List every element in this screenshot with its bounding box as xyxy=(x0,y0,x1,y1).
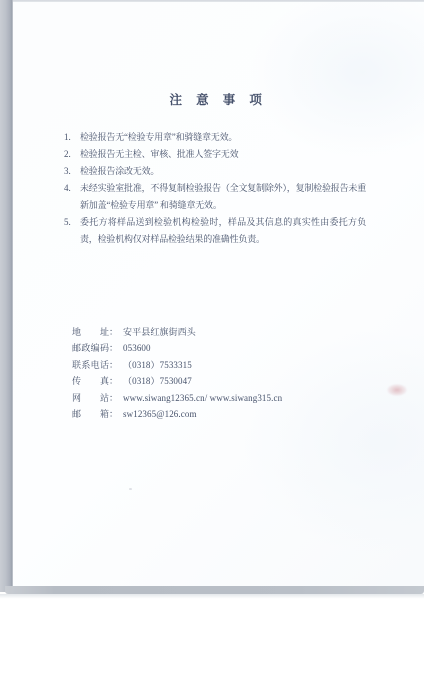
item-text: 未经实验室批准，不得复制检验报告（全文复制除外），复制检验报告未重新加盖“检验专… xyxy=(80,183,366,210)
notes-list: 1. 检验报告无“检验专用章”和骑缝章无效。 2. 检验报告无主检、审核、批准人… xyxy=(64,129,366,248)
scan-artifact-red xyxy=(387,384,407,396)
contact-value: （0318）7533315 xyxy=(123,357,192,373)
contact-label: 网站 xyxy=(72,390,109,406)
contact-label: 地址 xyxy=(72,324,109,340)
contact-label: 传真 xyxy=(72,373,109,389)
contact-colon: ： xyxy=(109,357,118,373)
item-text: 委托方将样品送到检验机构检验时，样品及其信息的真实性由委托方负责，检验机构仅对样… xyxy=(80,217,366,244)
item-text: 检验报告涂改无效。 xyxy=(80,166,159,176)
contact-row-website: 网站： www.siwang12365.cn/ www.siwang315.cn xyxy=(72,390,282,406)
contact-value-email: sw12365@126.com xyxy=(123,406,197,422)
page-bottom-edge xyxy=(5,586,424,594)
contact-block: 地址： 安平县红旗街西头 邮政编码： 053600 联系电话： （0318）75… xyxy=(72,324,282,422)
item-number: 3. xyxy=(64,163,71,180)
item-number: 1. xyxy=(64,129,71,146)
item-number: 4. xyxy=(64,180,71,197)
list-item: 3. 检验报告涂改无效。 xyxy=(64,163,366,180)
scan-artifact-dot xyxy=(129,488,132,490)
contact-colon: ： xyxy=(109,406,118,422)
item-text: 检验报告无“检验专用章”和骑缝章无效。 xyxy=(80,132,237,142)
item-number: 5. xyxy=(64,214,71,231)
contact-label: 联系电话 xyxy=(72,357,109,373)
scanned-document-page: 注 意 事 项 1. 检验报告无“检验专用章”和骑缝章无效。 2. 检验报告无主… xyxy=(0,0,424,700)
contact-value: 安平县红旗街西头 xyxy=(123,324,196,340)
paper-sheet: 注 意 事 项 1. 检验报告无“检验专用章”和骑缝章无效。 2. 检验报告无主… xyxy=(13,2,424,588)
item-number: 2. xyxy=(64,146,71,163)
contact-row-phone: 联系电话： （0318）7533315 xyxy=(72,357,282,373)
contact-colon: ： xyxy=(109,373,118,389)
list-item: 4. 未经实验室批准，不得复制检验报告（全文复制除外），复制检验报告未重新加盖“… xyxy=(64,180,366,214)
contact-label: 邮箱 xyxy=(72,406,109,422)
contact-row-postcode: 邮政编码： 053600 xyxy=(72,340,282,356)
page-left-edge xyxy=(0,0,13,592)
list-item: 1. 检验报告无“检验专用章”和骑缝章无效。 xyxy=(64,129,366,146)
contact-value: 053600 xyxy=(123,340,151,356)
contact-value-website: www.siwang12365.cn/ www.siwang315.cn xyxy=(123,390,282,406)
contact-colon: ： xyxy=(109,324,118,340)
contact-row-email: 邮箱： sw12365@126.com xyxy=(72,406,282,422)
contact-colon: ： xyxy=(109,390,118,406)
contact-value: （0318）7530047 xyxy=(123,373,192,389)
contact-row-address: 地址： 安平县红旗街西头 xyxy=(72,324,282,340)
item-text: 检验报告无主检、审核、批准人签字无效 xyxy=(80,149,238,159)
contact-label: 邮政编码 xyxy=(72,340,109,356)
contact-row-fax: 传真： （0318）7530047 xyxy=(72,373,282,389)
page-bottom-fade xyxy=(0,594,424,600)
contact-colon: ： xyxy=(109,340,118,356)
list-item: 2. 检验报告无主检、审核、批准人签字无效 xyxy=(64,146,366,163)
page-title: 注 意 事 项 xyxy=(13,90,424,108)
list-item: 5. 委托方将样品送到检验机构检验时，样品及其信息的真实性由委托方负责，检验机构… xyxy=(64,214,366,248)
